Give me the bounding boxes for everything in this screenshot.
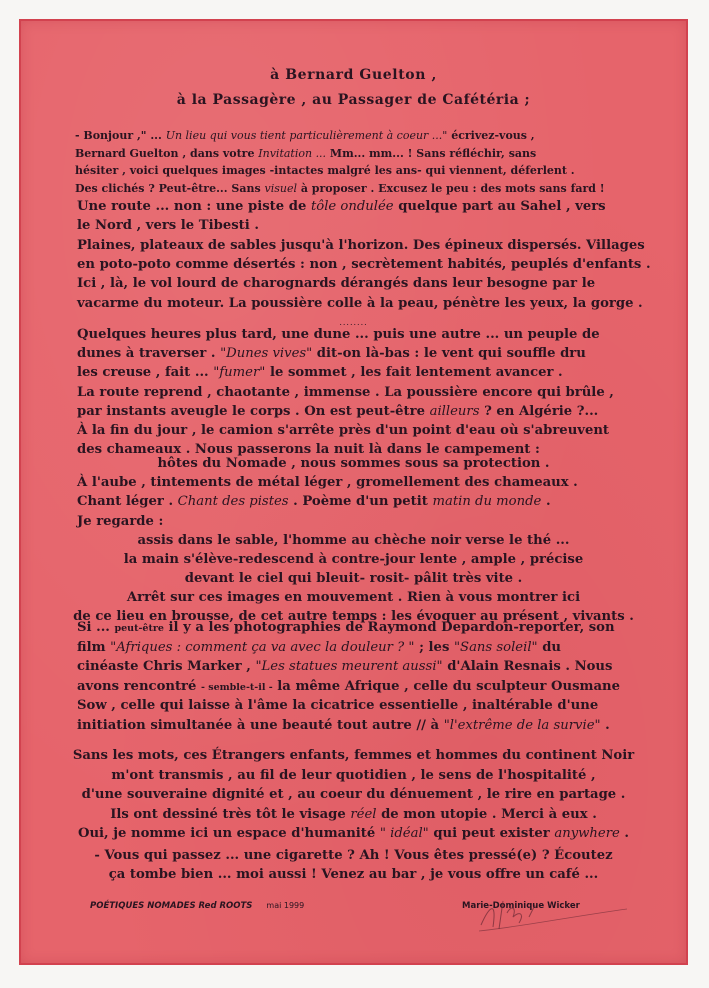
- poem-line: devant le ciel qui bleuit- rosit- pâlit …: [19, 571, 688, 586]
- intro-line: Bernard Guelton , dans votre Invitation …: [75, 147, 536, 160]
- section-separator: ........: [19, 318, 688, 327]
- footer-series: POÉTIQUES NOMADES Red ROOTSmai 1999: [90, 901, 304, 911]
- text-line: avons rencontré - semble-t-il - la même …: [77, 679, 620, 694]
- text-line: Je regarde :: [77, 514, 163, 529]
- handwritten-signature-icon: [459, 887, 629, 937]
- text-line: Plaines, plateaux de sables jusqu'à l'ho…: [77, 238, 645, 253]
- text-line: Chant léger . Chant des pistes . Poème d…: [77, 494, 551, 509]
- text-line: des chameaux . Nous passerons la nuit là…: [77, 442, 540, 457]
- poem-line: Arrêt sur ces images en mouvement . Rien…: [19, 590, 688, 605]
- text-line: Oui, je nomme ici un espace d'humanité "…: [19, 826, 688, 841]
- text-line: les creuse , fait ... "fumer" le sommet …: [77, 365, 563, 380]
- text-line: La route reprend , chaotante , immense .…: [77, 385, 614, 400]
- text-line: Une route ... non : une piste de tôle on…: [77, 199, 606, 214]
- text-line: par instants aveugle le corps . On est p…: [77, 404, 598, 419]
- text-line: À la fin du jour , le camion s'arrête pr…: [77, 423, 609, 438]
- text-line: Ils ont dessiné très tôt le visage réel …: [19, 807, 688, 822]
- poem-line: la main s'élève-redescend à contre-jour …: [19, 552, 688, 567]
- text-line: vacarme du moteur. La poussière colle à …: [77, 296, 643, 311]
- text-line: en poto-poto comme désertés : non , secr…: [77, 257, 651, 272]
- text-line: dunes à traverser . "Dunes vives" dit-on…: [77, 346, 586, 361]
- text-line: Sow , celle qui laisse à l'âme la cicatr…: [77, 698, 598, 713]
- text-line: Sans les mots, ces Étrangers enfants, fe…: [19, 748, 688, 763]
- nomade-line: hôtes du Nomade , nous sommes sous sa pr…: [19, 456, 688, 471]
- text-line: initiation simultanée à une beauté tout …: [77, 718, 610, 733]
- intro-line: - Bonjour ," ... Un lieu qui vous tient …: [75, 129, 535, 142]
- text-line: Quelques heures plus tard, une dune ... …: [77, 327, 600, 342]
- text-line: d'une souveraine dignité et , au coeur d…: [19, 787, 688, 802]
- intro-line: Des clichés ? Peut-être... Sans visuel à…: [75, 182, 605, 195]
- text-line: Ici , là, le vol lourd de charognards dé…: [77, 276, 595, 291]
- text-line: le Nord , vers le Tibesti .: [77, 218, 259, 233]
- text-line: cinéaste Chris Marker , "Les statues meu…: [77, 659, 612, 674]
- closing-line: - Vous qui passez ... une cigarette ? Ah…: [19, 848, 688, 863]
- dedication-line-1: à Bernard Guelton ,: [19, 67, 688, 83]
- footer-date: mai 1999: [266, 901, 304, 910]
- footer-series-title: POÉTIQUES NOMADES Red ROOTS: [90, 901, 252, 911]
- text-line: Si ... peut-être il y a les photographie…: [77, 620, 615, 635]
- closing-line: ça tombe bien ... moi aussi ! Venez au b…: [19, 867, 688, 882]
- poem-sheet: à Bernard Guelton , à la Passagère , au …: [19, 19, 688, 965]
- poem-line: assis dans le sable, l'homme au chèche n…: [19, 533, 688, 548]
- text-line: film "Afriques : comment ça va avec la d…: [77, 640, 561, 655]
- text-line: m'ont transmis , au fil de leur quotidie…: [19, 768, 688, 783]
- intro-line: hésiter , voici quelques images -intacte…: [75, 164, 575, 177]
- dedication-line-2: à la Passagère , au Passager de Cafétéri…: [19, 92, 688, 108]
- text-line: À l'aube , tintements de métal léger , g…: [77, 475, 578, 490]
